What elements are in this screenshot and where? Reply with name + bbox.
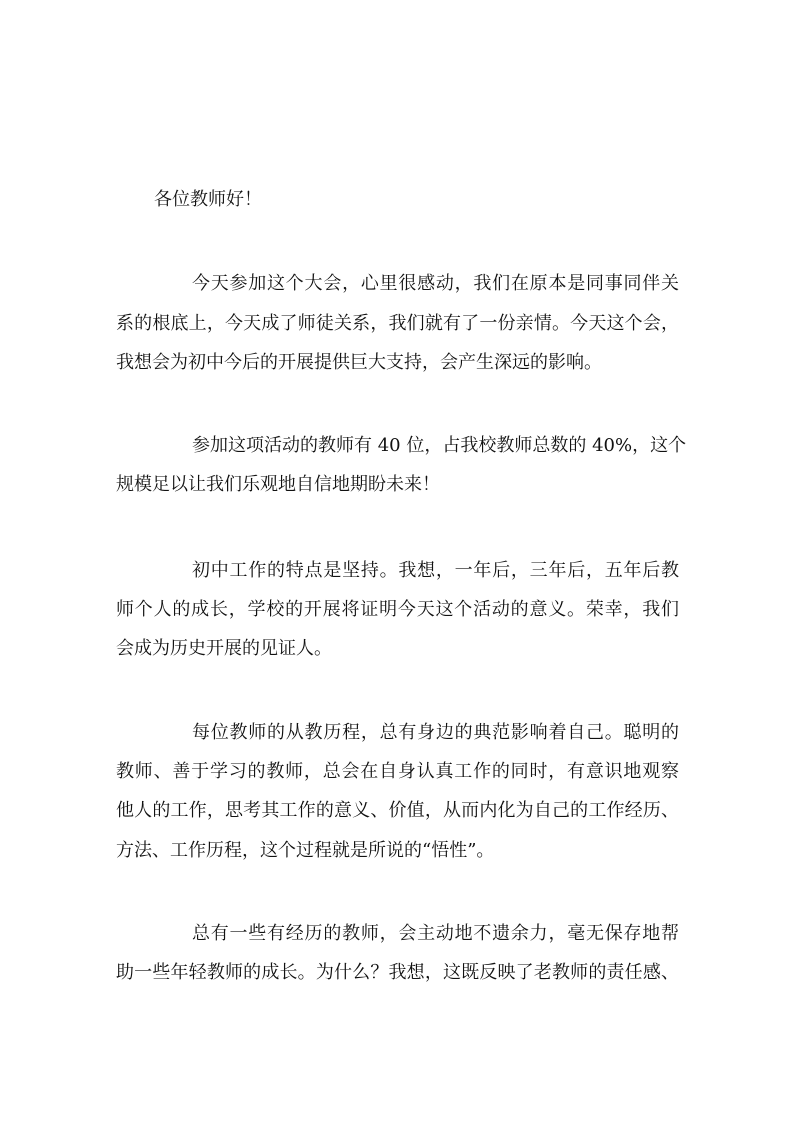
paragraph-line: 我想会为初中今后的开展提供巨大支持，会产生深远的影响。 <box>116 352 602 374</box>
paragraph-line: 参加这项活动的教师有 40 位，占我校教师总数的 40%，这个 <box>192 435 679 457</box>
paragraph-line: 每位教师的从教历程，总有身边的典范影响着自己。聪明的 <box>192 722 679 744</box>
paragraph-line: 助一些年轻教师的成长。为什么？我想，这既反映了老教师的责任感、 <box>116 962 679 984</box>
paragraph-line: 初中工作的特点是坚持。我想，一年后，三年后，五年后教 <box>192 560 679 582</box>
greeting: 各位教师好！ <box>154 189 262 211</box>
paragraph-line: 师个人的成长，学校的开展将证明今天这个活动的意义。荣幸，我们 <box>116 599 679 621</box>
paragraph-line: 规模足以让我们乐观地自信地期盼未来！ <box>116 474 440 496</box>
paragraph-line: 会成为历史开展的见证人。 <box>116 638 332 660</box>
paragraph-line: 今天参加这个大会，心里很感动，我们在原本是同事同伴关 <box>192 273 679 295</box>
document-page: 各位教师好！ 今天参加这个大会，心里很感动，我们在原本是同事同伴关 系的根底上，… <box>0 0 793 1122</box>
paragraph-line: 系的根底上，今天成了师徒关系，我们就有了一份亲情。今天这个会， <box>116 313 679 335</box>
paragraph-line: 教师、善于学习的教师，总会在自身认真工作的同时，有意识地观察 <box>116 761 679 783</box>
paragraph-line: 总有一些有经历的教师，会主动地不遗余力，毫无保存地帮 <box>192 923 679 945</box>
paragraph-line: 方法、工作历程，这个过程就是所说的“悟性”。 <box>116 840 494 862</box>
paragraph-line: 他人的工作，思考其工作的意义、价值，从而内化为自己的工作经历、 <box>116 800 679 822</box>
